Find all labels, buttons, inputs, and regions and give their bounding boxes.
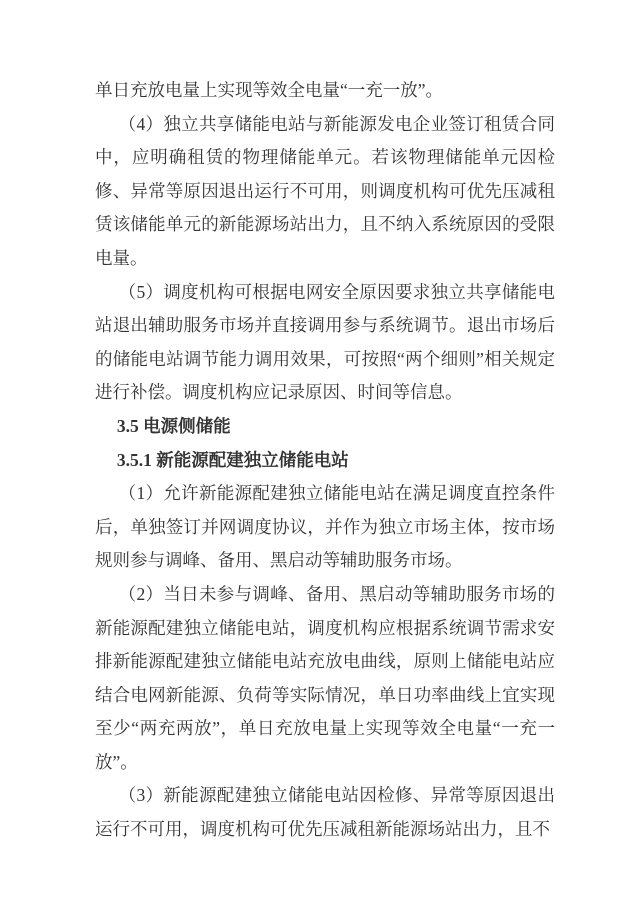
document-page: 单日充放电量上实现等效全电量“一充一放”。 （4）独立共享储能电站与新能源发电企…	[0, 0, 640, 905]
body-paragraph-item-1: （1）允许新能源配建独立储能电站在满足调度直控条件后，单独签订并网调度协议，并作…	[95, 477, 555, 578]
body-paragraph-item-4: （4）独立共享储能电站与新能源发电企业签订租赁合同中，应明确租赁的物理储能单元。…	[95, 108, 555, 276]
section-heading-3-5: 3.5 电源侧储能	[95, 410, 555, 444]
body-paragraph-item-3: （3）新能源配建独立储能电站因检修、异常等原因退出运行不可用，调度机构可优先压减…	[95, 779, 555, 846]
body-paragraph-continuation: 单日充放电量上实现等效全电量“一充一放”。	[95, 74, 555, 108]
subsection-heading-3-5-1: 3.5.1 新能源配建独立储能电站	[95, 444, 555, 478]
body-paragraph-item-2: （2）当日未参与调峰、备用、黑启动等辅助服务市场的新能源配建独立储能电站，调度机…	[95, 578, 555, 780]
body-paragraph-item-5: （5）调度机构可根据电网安全原因要求独立共享储能电站退出辅助服务市场并直接调用参…	[95, 276, 555, 410]
